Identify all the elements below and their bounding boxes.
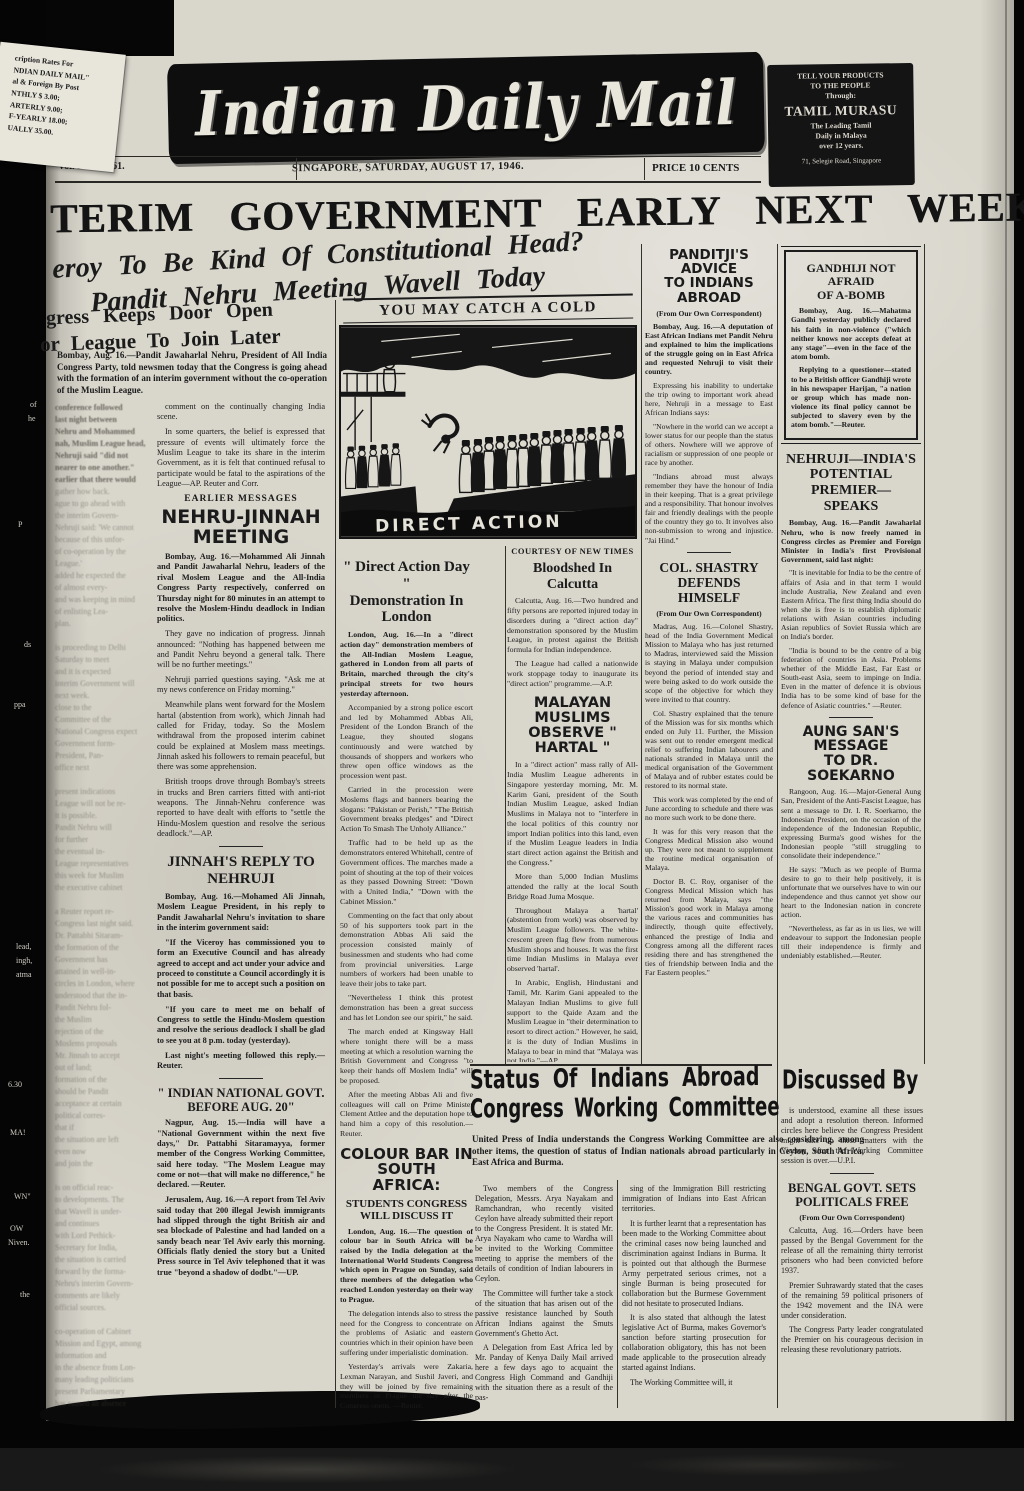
heading-line: WILL DISCUSS IT [340, 1210, 473, 1222]
paragraph: The march ended at Kingsway Hall where t… [340, 1027, 473, 1085]
heading-line: OBSERVE " HARTAL " [507, 726, 638, 756]
paragraph: has caused an absence [55, 1398, 152, 1408]
heading-line: NEHRU-JINNAH [157, 508, 325, 528]
lead-paragraph: Bombay, Aug. 16.—Pandit Jawaharlal Nehru… [57, 350, 327, 396]
paragraph: In Arabic, English, Hindustani and Tamil… [507, 978, 638, 1062]
dateline-rule-top [55, 156, 761, 157]
paragraph: Nehruji said: 'We cannot [55, 522, 152, 534]
paragraph: of enlisting Lea- [55, 606, 152, 618]
heading-line: NEHRUJI—INDIA'S [781, 452, 921, 468]
paragraph: "Nevertheless, as far as in us lies, we … [781, 924, 921, 960]
paragraph: Bombay, Aug. 16.—Mahatma Gandhi yesterda… [791, 306, 911, 361]
paragraph: comment on the continually changing Indi… [157, 402, 325, 423]
paragraph: It is also stated that although the late… [622, 1313, 766, 1373]
paragraph: rejection of the [55, 1026, 152, 1038]
paragraph: British troops drove through Bombay's st… [157, 777, 325, 839]
paragraph: formation of the [55, 1074, 152, 1086]
ad-brand: TAMIL MURASU [772, 102, 910, 120]
paragraph: the Muslim [55, 1014, 152, 1026]
paragraph: Col. Shastry explained that the tenure o… [645, 709, 773, 791]
paragraph: Mr. Jinnah to accept [55, 1050, 152, 1062]
paragraph: A Delegation from East Africa led by Mr.… [475, 1343, 613, 1403]
paragraph: next week. [55, 690, 152, 702]
paragraph: Jerusalem, Aug. 16.—A report from Tel Av… [157, 1195, 325, 1278]
article-heading: NEHRU-JINNAH MEETING [157, 508, 325, 548]
paragraph: attained in well-in- [55, 966, 152, 978]
byline: (From Our Own Correspondent) [781, 1213, 923, 1222]
paragraph: Nehru's interim Govern- [55, 1278, 152, 1290]
boxed-article-gandhi: GANDHIJI NOT AFRAID OF A-BOMB Bombay, Au… [784, 250, 918, 440]
paragraph [55, 630, 152, 642]
article-body: Bombay, Aug. 16.—Mohamed Ali Jinnah, Mos… [157, 892, 325, 1071]
heading-line: TO DR. SOEKARNO [781, 754, 921, 783]
paragraph: Yesterday's arrivals were Zakaria, Lexma… [340, 1362, 473, 1408]
paragraph: close to the [55, 702, 152, 714]
paragraph: This work was completed by the end of Ju… [645, 795, 773, 822]
paragraph: League representatives [55, 858, 152, 870]
column-direct-action: " Direct Action Day " Demonstration In L… [340, 556, 473, 1408]
paragraph: Mission and Egypt, among [55, 1338, 152, 1350]
article-heading: NEHRUJI—INDIA'S POTENTIAL PREMIER— SPEAK… [781, 452, 921, 515]
paragraph: ague to go ahead with [55, 498, 152, 510]
article-heading: COLOUR BAR IN SOUTH AFRICA: [340, 1147, 473, 1194]
paragraph: It was for this very reason that the Con… [645, 827, 773, 873]
paragraph: Committee of the [55, 714, 152, 726]
paragraph: is understood, examine all these issues … [781, 1106, 923, 1166]
paragraph: Carried in the procession were Moslems f… [340, 785, 473, 834]
article-body: sing of the Immigration Bill restricting… [622, 1184, 766, 1388]
torn-text-fragment: OW [10, 1224, 23, 1233]
paragraph: office next [55, 762, 152, 774]
article-heading: GANDHIJI NOT AFRAID OF A-BOMB [791, 262, 911, 302]
article-body: comment on the continually changing Indi… [157, 402, 325, 489]
paragraph: London, Aug. 16.—The question of colour … [340, 1227, 473, 1305]
torn-text-fragment: ppa [14, 700, 26, 709]
paragraph: After the meeting Abbas Ali and five col… [340, 1090, 473, 1139]
paragraph: present indications [55, 786, 152, 798]
paragraph: President, Pan- [55, 750, 152, 762]
subscription-rates-box: cription Rates ForNDIAN DAILY MAIL"al & … [0, 42, 126, 173]
editorial-cartoon: YOU MAY CATCH A COLD [337, 296, 639, 539]
heading-line: DEFENDS HIMSELF [645, 575, 773, 605]
paragraph: Bombay, Aug. 16.—A deputation of East Af… [645, 322, 773, 377]
paragraph: Madras, Aug. 16.—Colonel Shastry, head o… [645, 622, 773, 704]
paragraph [55, 894, 152, 906]
paragraph: The delegation intends also to stress th… [340, 1309, 473, 1358]
paragraph [55, 1314, 152, 1326]
paragraph: The League had called a nationwide work … [507, 659, 638, 688]
paragraph: this week for Muslim [55, 870, 152, 882]
status-column-b: sing of the Immigration Bill restricting… [622, 1184, 766, 1408]
paragraph: "If you care to meet me on behalf of Con… [157, 1005, 325, 1046]
paragraph: "Nowhere in the world can we accept a lo… [645, 422, 773, 468]
paragraph: More than 5,000 Indian Muslims attended … [507, 872, 638, 901]
paragraph: out of land; [55, 1062, 152, 1074]
paragraph: The Congress Party leader congratulated … [781, 1325, 923, 1355]
column-rule [777, 244, 778, 1408]
paragraph: of co-operation by the [55, 546, 152, 558]
cartoon-drawing: DIRECT ACTION [341, 327, 635, 537]
article-body: In a "direct action" mass rally of All-I… [507, 760, 638, 1062]
article-heading: AUNG SAN'S MESSAGE TO DR. SOEKARNO [781, 725, 921, 784]
heading-line: BEFORE AUG. 20" [157, 1100, 325, 1114]
status-headline-right: Discussed By [782, 1065, 918, 1095]
paragraph: The Committee will further take a stock … [475, 1289, 613, 1339]
paragraph: The Working Committee will, it [622, 1378, 766, 1388]
torn-text-fragment: MA! [10, 1128, 26, 1137]
paragraph: Calcutta, Aug. 16.—Orders have been pass… [781, 1226, 923, 1276]
dateline-tick [644, 158, 645, 180]
paragraph [55, 774, 152, 786]
tamil-murasu-ad: TELL YOUR PRODUCTS TO THE PEOPLE Through… [767, 63, 915, 187]
paragraph: Pandit Nehru fol- [55, 1002, 152, 1014]
paragraph: Moslems proposals [55, 1038, 152, 1050]
paragraph: acceptance at certain [55, 1098, 152, 1110]
column-rule [924, 244, 925, 1064]
paragraph: conference followed [55, 402, 152, 414]
paragraph: the situation is carried [55, 1254, 152, 1266]
paragraph: Bombay, Aug. 16.—Mohammed Ali Jinnah and… [157, 552, 325, 625]
paragraph: "Indians abroad must always remember the… [645, 472, 773, 545]
column-rule [617, 1180, 618, 1408]
masthead-title: Indian Daily Mail [194, 66, 737, 150]
paragraph: Calcutta, Aug. 16.—Two hundred and fifty… [507, 596, 638, 654]
article-heading: PANDITJI'S ADVICE TO INDIANS ABROAD [645, 248, 773, 305]
paragraph: Dr. Pattabhi Sitaram- [55, 930, 152, 942]
paragraph: to developments. The [55, 1194, 152, 1206]
column-nehru-jinnah: comment on the continually changing Indi… [157, 402, 325, 1408]
article-body: Bombay, Aug. 16.—Mahatma Gandhi yesterda… [791, 306, 911, 429]
heading-line: Demonstration In London [340, 593, 473, 627]
ad-address: 71, Selegie Road, Singapore [772, 156, 910, 166]
paragraph: the executive cabinet [55, 882, 152, 894]
article-divider [830, 1173, 874, 1174]
column-panditji-shastry: PANDITJI'S ADVICE TO INDIANS ABROAD (Fro… [645, 246, 773, 1062]
paragraph: plan. [55, 618, 152, 630]
paragraph: understood that the in- [55, 990, 152, 1002]
paragraph: and join the [55, 1158, 152, 1170]
torn-text-fragment: WN" [14, 1192, 31, 1201]
article-heading: MALAYAN MUSLIMS OBSERVE " HARTAL " [507, 696, 638, 757]
paragraph: Rangoon, Aug. 16.—Major-General Aung San… [781, 787, 921, 860]
heading-line: JINNAH'S REPLY TO [157, 854, 325, 871]
paragraph: of almost every- [55, 582, 152, 594]
heading-line: AFRICA: [340, 1178, 473, 1194]
paragraph: Congress last night said. [55, 918, 152, 930]
paragraph: comments are likely [55, 1290, 152, 1302]
heading-line: " INDIAN NATIONAL GOVT. [157, 1086, 325, 1100]
article-heading: " INDIAN NATIONAL GOVT. BEFORE AUG. 20" [157, 1086, 325, 1114]
paragraph: National Congress expect [55, 726, 152, 738]
article-heading: COL. SHASTRY DEFENDS HIMSELF [645, 560, 773, 605]
paragraph: nah, Muslim League head, [55, 438, 152, 450]
paragraph [55, 1170, 152, 1182]
paragraph: co-operation of Cabinet [55, 1326, 152, 1338]
article-divider [219, 846, 263, 847]
faded-left-column: conference followedlast night betweenNeh… [55, 402, 152, 1408]
paragraph: forward by the forma- [55, 1266, 152, 1278]
dateline-rule-bottom [55, 181, 761, 183]
torn-text-fragment: of [30, 400, 37, 409]
kicker: EARLIER MESSAGES [157, 494, 325, 506]
cartoon-frame: DIRECT ACTION [339, 325, 637, 539]
paragraph: Pandit Nehru will [55, 822, 152, 834]
paragraph: in the absence from Lon- [55, 1362, 152, 1374]
heading-line: POTENTIAL PREMIER— [781, 467, 921, 498]
paragraph: because of this unfor- [55, 534, 152, 546]
ad-line: over 12 years. [772, 140, 910, 152]
paragraph: Nehru and Mohammed [55, 426, 152, 438]
paragraph: sing of the Immigration Bill restricting… [622, 1184, 766, 1214]
paragraph: the situation are left [55, 1134, 152, 1146]
article-body: Nagpur, Aug. 15.—India will have a "Nati… [157, 1118, 325, 1278]
paragraph: the formation of the [55, 942, 152, 954]
article-divider [829, 717, 873, 718]
torn-text-fragment: ingh, [16, 956, 32, 965]
paragraph: Secretary for India, [55, 1242, 152, 1254]
paragraph: interim Government will [55, 678, 152, 690]
torn-text-fragment: P [18, 520, 22, 529]
heading-line: GANDHIJI NOT AFRAID [791, 262, 911, 289]
column-rule [505, 546, 506, 1064]
paragraph: League.' [55, 558, 152, 570]
paragraph: information and [55, 1350, 152, 1362]
torn-text-fragment: 6.30 [8, 1080, 22, 1089]
byline: (From Our Own Correspondent) [645, 609, 773, 618]
heading-line: OF A-BOMB [791, 289, 911, 302]
heading-line: COLOUR BAR IN SOUTH [340, 1147, 473, 1179]
torn-text-fragment: ds [24, 640, 31, 649]
heading-line: TO INDIANS ABROAD [645, 276, 773, 304]
column-calcutta-malaya: COURTESY OF NEW TIMES Bloodshed In Calcu… [507, 546, 638, 1062]
cartoon-credit: COURTESY OF NEW TIMES [507, 546, 638, 557]
article-body: Calcutta, Aug. 16.—Two hundred and fifty… [507, 596, 638, 688]
paragraph: present Parliamentary [55, 1386, 152, 1398]
paragraph: London, Aug. 16.—In a "direct action day… [340, 630, 473, 698]
faded-text-block: gather how back.ague to go ahead withthe… [55, 486, 152, 1408]
heading-line: COL. SHASTRY [645, 560, 773, 575]
article-heading: JINNAH'S REPLY TO NEHRUJI [157, 854, 325, 888]
masthead-banner: Indian Daily Mail [167, 52, 765, 164]
heading-line: MEETING [157, 528, 325, 548]
ad-line: Through: [772, 90, 910, 102]
paragraph: added he expected the [55, 570, 152, 582]
paragraph: official sources. [55, 1302, 152, 1314]
heading-line: SPEAKS [781, 499, 921, 515]
paragraph: it is possible. [55, 810, 152, 822]
column-gandhi-nehru-aungsan: GANDHIJI NOT AFRAID OF A-BOMB Bombay, Au… [781, 246, 921, 1062]
paragraph: and was keeping in mind [55, 594, 152, 606]
byline: (From Our Own Correspondent) [645, 309, 773, 318]
paragraph: earlier that there would [55, 474, 152, 486]
paragraph: Nehruji parried questions saying. "Ask m… [157, 675, 325, 696]
paragraph: Accompanied by a strong police escort an… [340, 703, 473, 781]
heading-line: BENGAL GOVT. SETS [781, 1181, 923, 1195]
article-body: Bombay, Aug. 16.—Mohammed Ali Jinnah and… [157, 552, 325, 839]
paragraph: "Nevertheless I think this protest demon… [340, 993, 473, 1022]
paragraph: should be Pandit [55, 1086, 152, 1098]
paragraph: political corres- [55, 1110, 152, 1122]
paragraph: with Lord Pethick- [55, 1230, 152, 1242]
heading-line: STUDENTS CONGRESS [340, 1198, 473, 1210]
article-heading: BENGAL GOVT. SETS POLITICALS FREE [781, 1181, 923, 1209]
article-body: London, Aug. 16.—The question of colour … [340, 1227, 473, 1408]
paragraph: nearer to one another." [55, 462, 152, 474]
paragraph: last night between [55, 414, 152, 426]
article-body: Bombay, Aug. 16.—A deputation of East Af… [645, 322, 773, 545]
column-rule [641, 244, 642, 1064]
scan-bottom-strip [0, 1448, 1024, 1491]
article-body: London, Aug. 16.—In a "direct action day… [340, 630, 473, 1138]
paragraph: even now [55, 1146, 152, 1158]
article-body: is understood, examine all these issues … [781, 1106, 923, 1166]
article-body: Madras, Aug. 16.—Colonel Shastry, head o… [645, 622, 773, 977]
status-column-c: is understood, examine all these issues … [781, 1106, 923, 1408]
paragraph: Government has [55, 954, 152, 966]
paragraph: In a "direct action" mass rally of All-I… [507, 760, 638, 867]
paragraph: Throughout Malaya a 'hartal' (abstention… [507, 906, 638, 974]
price: PRICE 10 CENTS [652, 162, 739, 174]
paragraph: the interim Govern- [55, 510, 152, 522]
status-headline-line1: Status Of Indians Abroad [470, 1062, 760, 1096]
paragraph: It is further learnt that a representati… [622, 1219, 766, 1309]
paragraph: They gave no indication of progress. Jin… [157, 629, 325, 670]
paragraph: "It is inevitable for India to be the ce… [781, 568, 921, 641]
heading-line: POLITICALS FREE [781, 1195, 923, 1209]
torn-text-fragment: the [20, 1290, 30, 1299]
article-body: Two members of the Congress Delegation, … [475, 1184, 613, 1403]
heading-line: MALAYAN MUSLIMS [507, 696, 638, 726]
paragraph: is proceeding to Delhi [55, 642, 152, 654]
paragraph: a Reuter report re- [55, 906, 152, 918]
paragraph: gather how back. [55, 486, 152, 498]
torn-text-fragment: lead, [16, 942, 31, 951]
heading-line: PANDITJI'S ADVICE [645, 248, 773, 276]
paragraph: League will not be re- [55, 798, 152, 810]
paragraph: Expressing his inability to undertake th… [645, 381, 773, 417]
torn-text-fragment: atma [16, 970, 32, 979]
paragraph: Nagpur, Aug. 15.—India will have a "Nati… [157, 1118, 325, 1191]
paragraph: He says: "Much as we people of Burma des… [781, 865, 921, 920]
paragraph: for further [55, 834, 152, 846]
torn-text-fragment: Niven. [8, 1238, 30, 1247]
paragraph: that Wavell is under- [55, 1206, 152, 1218]
paragraph: Bombay, Aug. 16.—Pandit Jawaharlal Nehru… [781, 518, 921, 564]
paragraph: and continues [55, 1218, 152, 1230]
article-subheading: STUDENTS CONGRESS WILL DISCUSS IT [340, 1198, 473, 1223]
column-rule [335, 300, 336, 1408]
article-divider [219, 1078, 263, 1079]
paragraph: Premier Suhrawardy stated that the cases… [781, 1281, 923, 1321]
article-body: Calcutta, Aug. 16.—Orders have been pass… [781, 1226, 923, 1355]
paragraph: Commenting on the fact that only about 5… [340, 911, 473, 989]
paragraph: is on official reac- [55, 1182, 152, 1194]
status-column-a: Two members of the Congress Delegation, … [475, 1184, 613, 1408]
paragraph: and it is expected [55, 666, 152, 678]
cartoon-title: YOU MAY CATCH A COLD [343, 293, 633, 323]
paragraph: Traffic had to be held up as the demonst… [340, 838, 473, 906]
article-heading: Bloodshed In Calcutta [507, 561, 638, 592]
dateline-tick [296, 158, 297, 180]
paragraph: Saturday to meet [55, 654, 152, 666]
heading-line: AUNG SAN'S MESSAGE [781, 725, 921, 754]
paragraph: Meanwhile plans went forward for the Mos… [157, 700, 325, 773]
paragraph: many leading politicians [55, 1374, 152, 1386]
paragraph: circles in London, where [55, 978, 152, 990]
paragraph: Nehruji said "did not [55, 450, 152, 462]
paragraph: In some quarters, the belief is expresse… [157, 427, 325, 489]
article-body: Bombay, Aug. 16.—Pandit Jawaharlal Nehru… [781, 518, 921, 709]
paragraph: Two members of the Congress Delegation, … [475, 1184, 613, 1284]
paragraph: the eventual in- [55, 846, 152, 858]
paragraph: Doctor B. C. Roy, organiser of the Congr… [645, 877, 773, 977]
article-divider [687, 552, 731, 553]
heading-line: NEHRUJI [157, 871, 325, 888]
heading-line: " Direct Action Day " [340, 559, 473, 593]
paragraph: "If the Viceroy has commissioned you to … [157, 938, 325, 1000]
torn-text-fragment: he [28, 414, 36, 423]
paragraph: Bombay, Aug. 16.—Mohamed Ali Jinnah, Mos… [157, 892, 325, 933]
article-heading: " Direct Action Day " Demonstration In L… [340, 559, 473, 626]
paragraph: "India is bound to be the centre of a bi… [781, 646, 921, 710]
paragraph: Government form- [55, 738, 152, 750]
paragraph: Replying to a questioner—stated to be a … [791, 365, 911, 429]
status-headline-line2: Congress Working Committee [470, 1092, 780, 1125]
paragraph: that if [55, 1122, 152, 1134]
paragraph: Last night's meeting followed this reply… [157, 1051, 325, 1072]
article-body: Rangoon, Aug. 16.—Major-General Aung San… [781, 787, 921, 960]
faded-text-block: conference followedlast night betweenNeh… [55, 402, 152, 486]
